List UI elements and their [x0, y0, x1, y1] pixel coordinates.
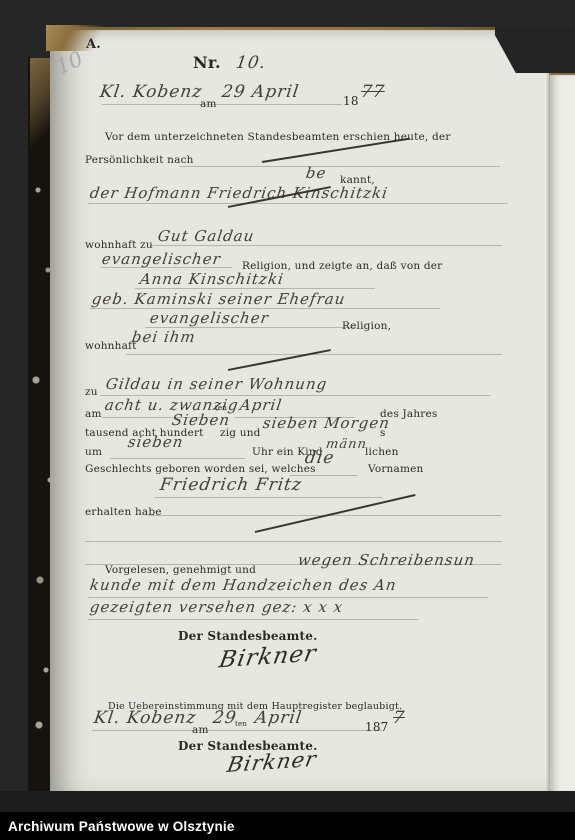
certification-ten-suffix: ten: [235, 720, 247, 728]
year-printed: 18: [343, 94, 359, 108]
page-crease: [546, 73, 551, 791]
register-page: A. 10 Nr. 10. Kl. Kobenz am 29 April 18 …: [50, 27, 575, 791]
zu-label: zu: [85, 386, 98, 398]
certification-month: April: [254, 708, 304, 728]
religion-2-hand: evangelischer: [149, 309, 270, 327]
am-label-2: am: [85, 408, 102, 420]
wohnhaft-value: bei ihm: [131, 328, 197, 346]
s-suffix: s: [380, 427, 386, 439]
geschlechts-line: Geschlechts geboren worden sei, welches: [85, 463, 316, 475]
child-name: Friedrich Fritz: [159, 475, 304, 495]
declarant-name: der Hofmann Friedrich Kinschitzki: [89, 184, 390, 202]
archive-name: Archiwum Państwowe w Olsztynie: [8, 819, 235, 834]
mother-name: Anna Kinschitzki: [139, 270, 285, 288]
scan-gap: [0, 791, 575, 812]
erhalten-habe-label: erhalten habe: [85, 506, 162, 518]
residence-value: Gut Galdau: [157, 227, 256, 245]
certification-place: Kl. Kobenz: [93, 708, 198, 728]
wohnhaft-label: wohnhaft: [85, 340, 137, 352]
record-number-label: Nr.: [193, 53, 221, 72]
closing-hand-3: gezeigten versehen gez: x x x: [89, 598, 345, 616]
record-number-value: 10.: [234, 53, 267, 73]
religion-1-hand: evangelischer: [101, 250, 222, 268]
certification-year-hand: 7: [392, 708, 407, 728]
bekannt-hand: be: [305, 164, 328, 182]
closing-hand-2: kunde mit dem Handzeichen des An: [89, 576, 398, 594]
closing-hand-1: wegen Schreibensun: [297, 551, 476, 569]
document-scan: A. 10 Nr. 10. Kl. Kobenz am 29 April 18 …: [0, 0, 575, 840]
report-day-month: 29 April: [221, 82, 301, 102]
year-ones-hand: sieben Morgen: [262, 414, 392, 432]
hour-value: sieben: [127, 433, 185, 451]
die-hand: die: [304, 448, 336, 468]
pencil-note: 10: [52, 47, 86, 80]
form-letter: A.: [86, 37, 101, 52]
certification-year-printed: 187: [365, 720, 389, 734]
birthplace-value: Gildau in seiner Wohnung: [105, 375, 329, 393]
vornamen-label: Vornamen: [368, 463, 424, 475]
void-stroke: [228, 349, 331, 371]
archive-watermark-bar: Archiwum Państwowe w Olsztynie: [0, 812, 575, 840]
zig-und-label: zig und: [220, 427, 261, 439]
background-top-right: [495, 27, 575, 73]
am-label: am: [200, 98, 217, 110]
year-handwritten: 77: [360, 82, 386, 102]
void-stroke: [255, 494, 416, 533]
mother-maiden-line: geb. Kaminski seiner Ehefrau: [91, 290, 347, 308]
registrar-label-1: Der Standesbeamte.: [178, 629, 318, 643]
report-place: Kl. Kobenz: [99, 82, 204, 102]
intro-line-2: Persönlichkeit nach: [85, 154, 194, 166]
religion-2-print: Religion,: [342, 320, 391, 332]
birth-month-value: April: [239, 396, 284, 414]
registrar-signature-1: Birkner: [217, 641, 319, 674]
registrar-signature-2: Birkner: [225, 747, 319, 777]
adjacent-page-edge: [549, 73, 575, 793]
